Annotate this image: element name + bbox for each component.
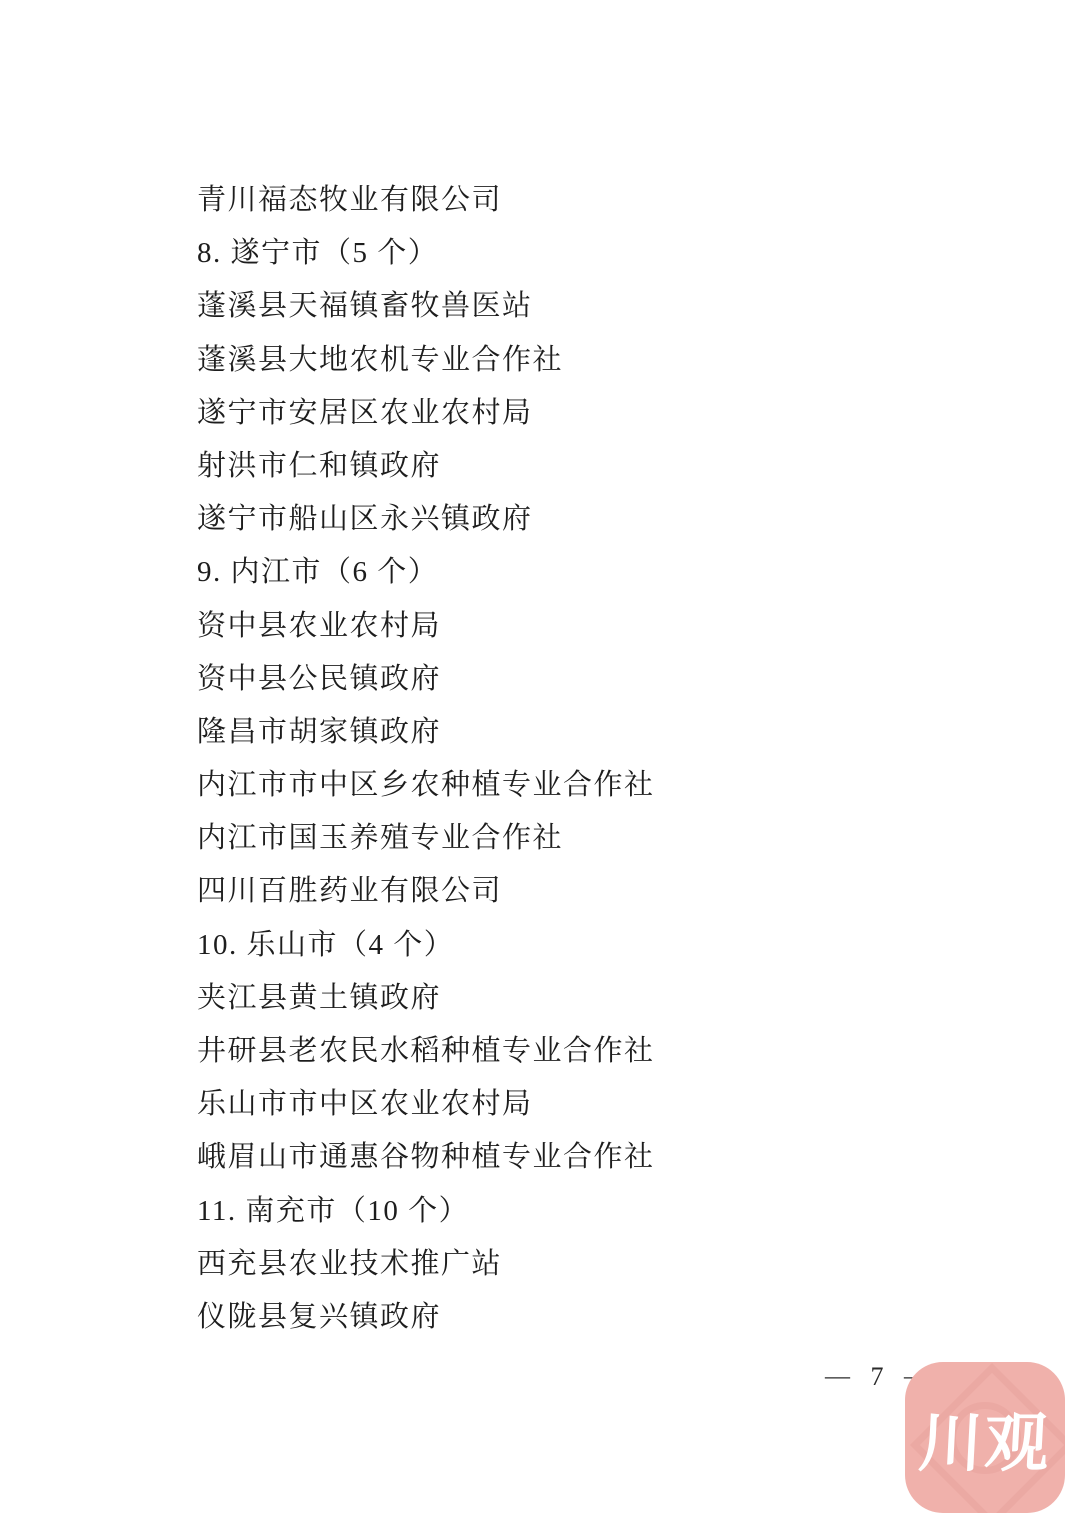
section-heading: 10. 乐山市（4 个） bbox=[197, 919, 917, 972]
document-line: 四川百胜药业有限公司 bbox=[197, 865, 917, 918]
text-block: 青川福态牧业有限公司8. 遂宁市（5 个）蓬溪县天福镇畜牧兽医站蓬溪县大地农机专… bbox=[197, 174, 917, 1344]
document-line: 夹江县黄土镇政府 bbox=[197, 972, 917, 1025]
chuanguan-logo: 川观 bbox=[905, 1362, 1065, 1513]
document-line: 内江市市中区乡农种植专业合作社 bbox=[197, 759, 917, 812]
document-line: 内江市国玉养殖专业合作社 bbox=[197, 812, 917, 865]
document-line: 射洪市仁和镇政府 bbox=[197, 440, 917, 493]
document-line: 西充县农业技术推广站 bbox=[197, 1238, 917, 1291]
document-line: 隆昌市胡家镇政府 bbox=[197, 706, 917, 759]
document-line: 蓬溪县大地农机专业合作社 bbox=[197, 334, 917, 387]
document-line: 遂宁市船山区永兴镇政府 bbox=[197, 493, 917, 546]
document-line: 资中县农业农村局 bbox=[197, 600, 917, 653]
logo-text: 川观 bbox=[905, 1362, 1065, 1513]
section-heading: 11. 南充市（10 个） bbox=[197, 1185, 917, 1238]
page-number: 7 bbox=[871, 1362, 884, 1392]
section-heading: 9. 内江市（6 个） bbox=[197, 546, 917, 599]
document-line: 蓬溪县天福镇畜牧兽医站 bbox=[197, 280, 917, 333]
document-line: 仪陇县复兴镇政府 bbox=[197, 1291, 917, 1344]
document-line: 青川福态牧业有限公司 bbox=[197, 174, 917, 227]
document-line: 遂宁市安居区农业农村局 bbox=[197, 387, 917, 440]
document-page: 青川福态牧业有限公司8. 遂宁市（5 个）蓬溪县天福镇畜牧兽医站蓬溪县大地农机专… bbox=[0, 0, 1080, 1527]
footer-dash-left: — bbox=[825, 1362, 850, 1392]
document-line: 乐山市市中区农业农村局 bbox=[197, 1078, 917, 1131]
section-heading: 8. 遂宁市（5 个） bbox=[197, 227, 917, 280]
document-line: 井研县老农民水稻种植专业合作社 bbox=[197, 1025, 917, 1078]
document-line: 峨眉山市通惠谷物种植专业合作社 bbox=[197, 1131, 917, 1184]
document-line: 资中县公民镇政府 bbox=[197, 653, 917, 706]
